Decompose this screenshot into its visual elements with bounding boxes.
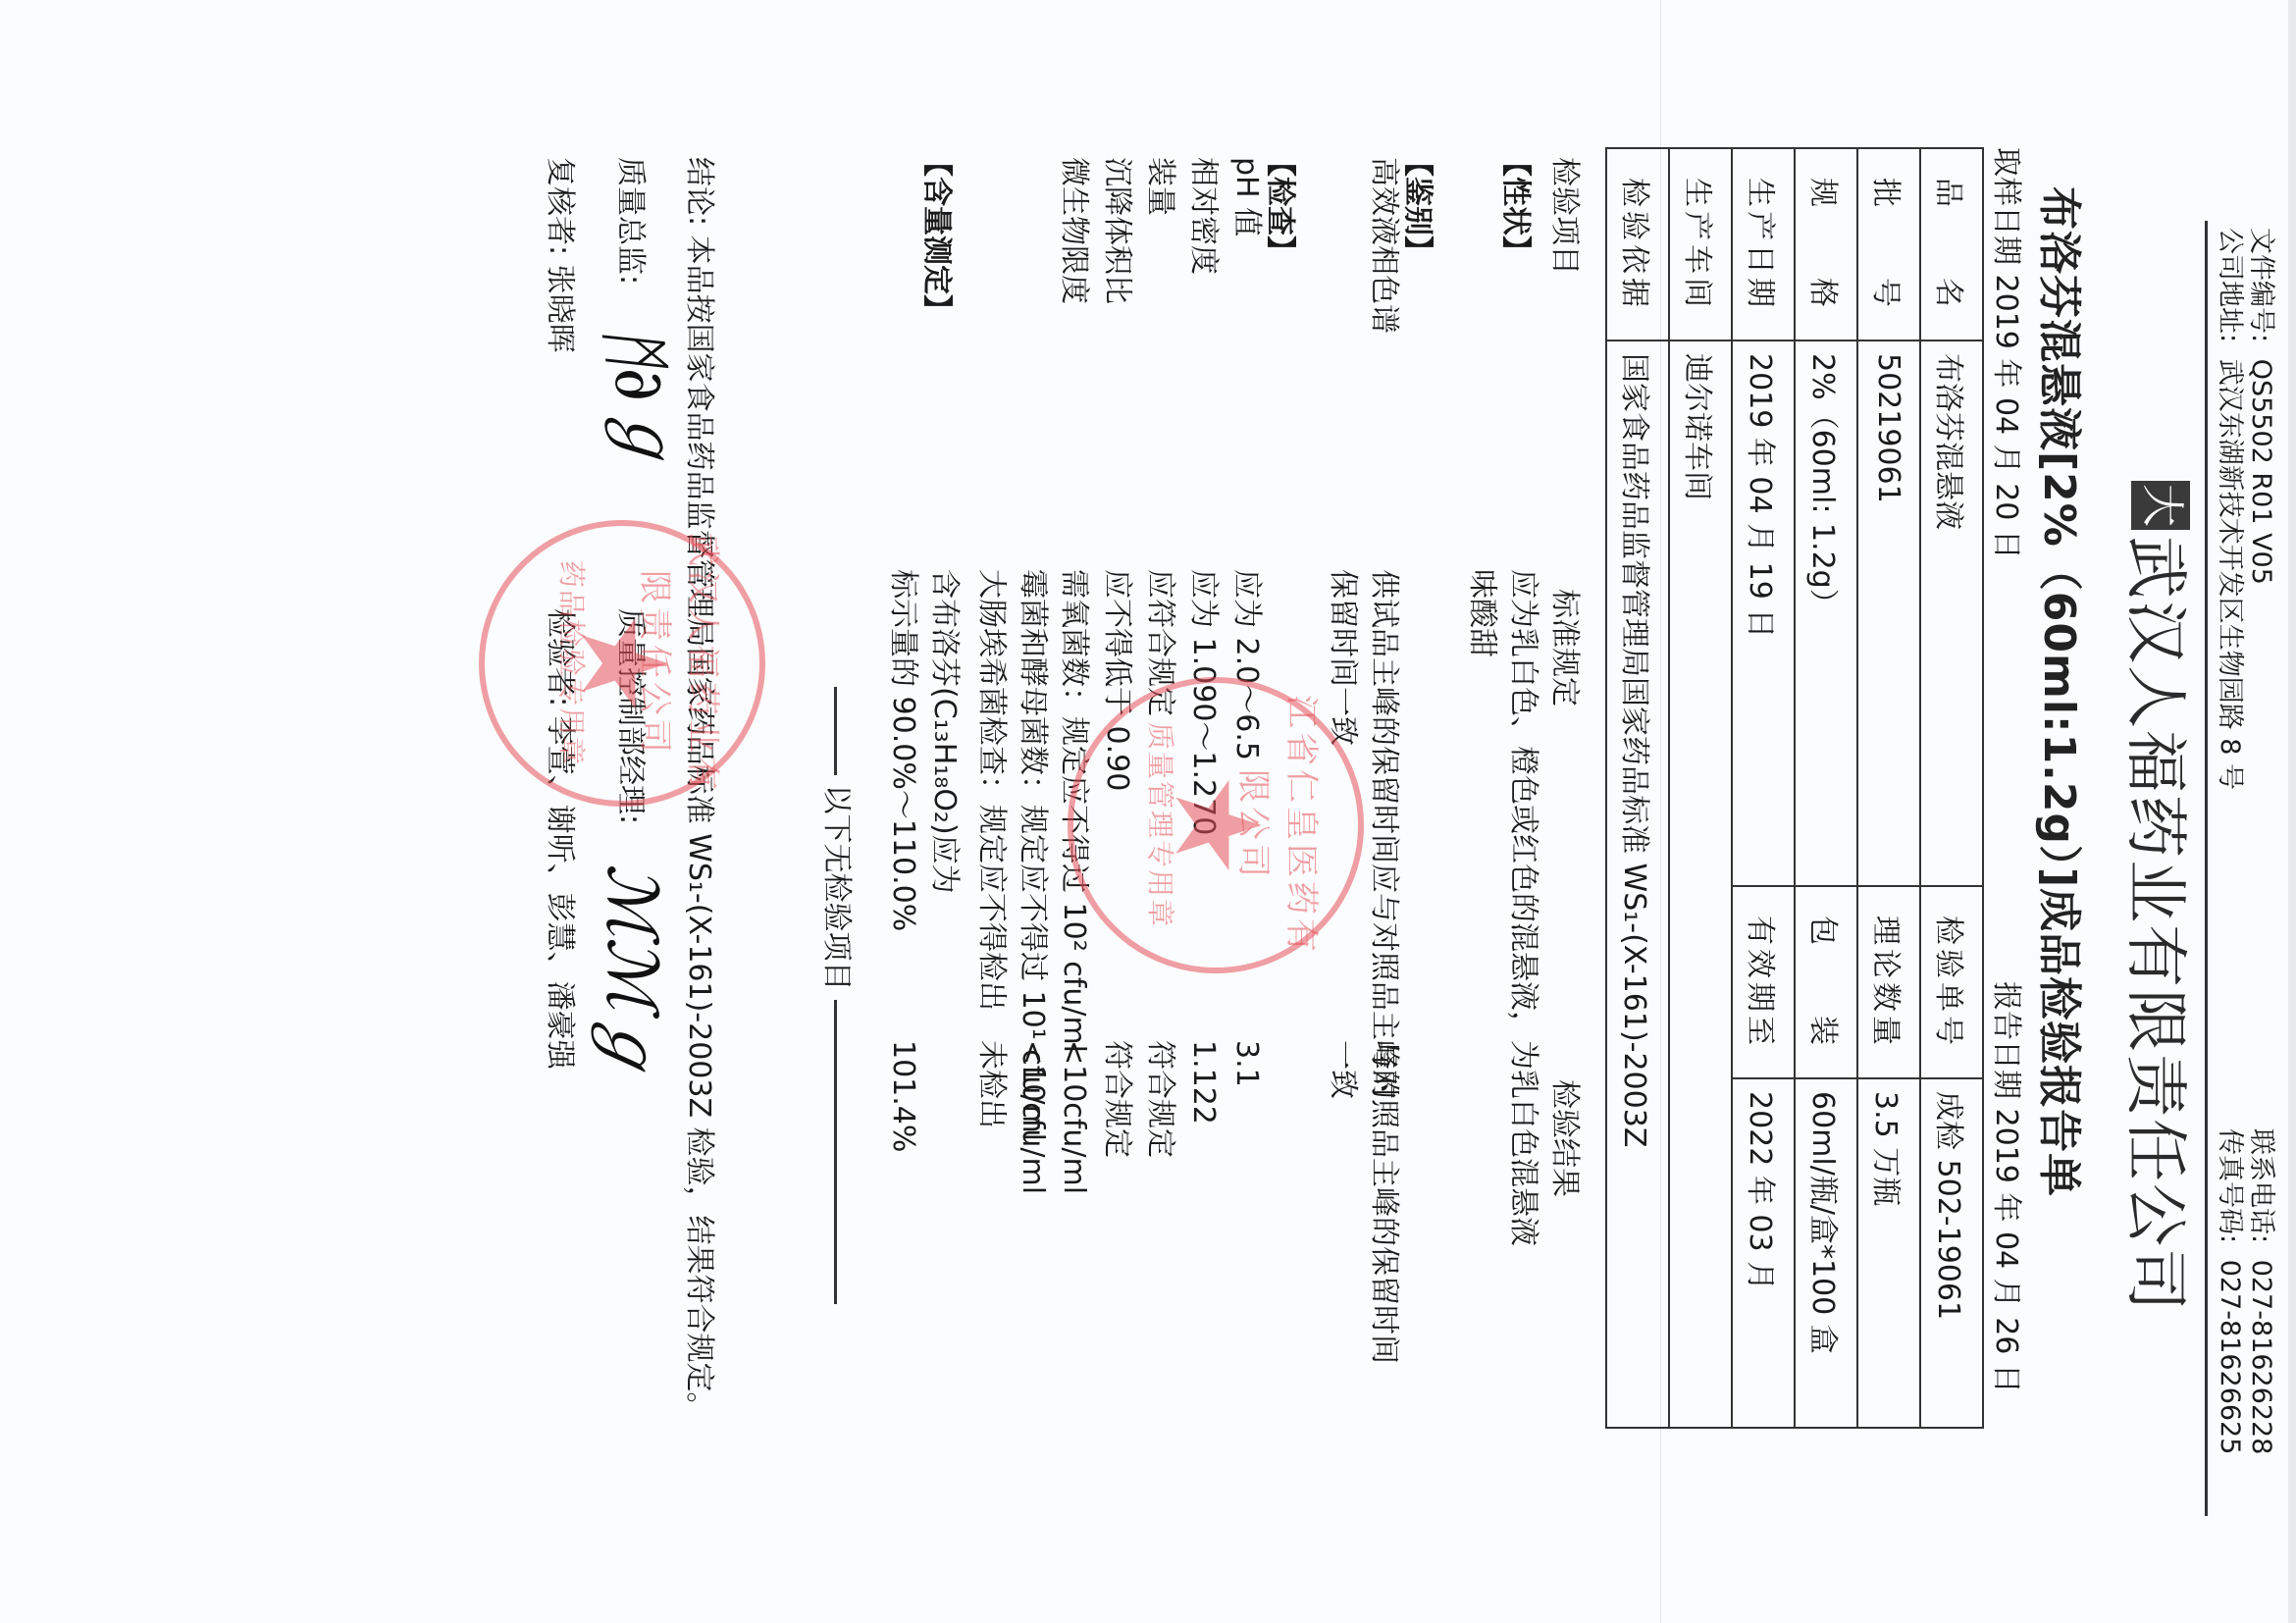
table-row: 规 格 2%（60ml: 1.2g） 包 装 60ml/瓶/盒*100 盒: [1795, 148, 1857, 1428]
col-head-result: 检验结果: [1546, 1079, 1590, 1197]
product-info-table: 品 名 布洛芬混悬液 检验单号 成检 502-19061 批 号 5021906…: [1605, 147, 1984, 1429]
table-row: 批 号 50219061 理论数量 3.5 万瓶: [1857, 148, 1920, 1428]
item-microbial-limit: 微生物限度: [1056, 157, 1091, 304]
end-note-text: 以下无检验项目: [819, 785, 854, 991]
sampling-date: 取样日期 2019 年 04 月 20 日: [1988, 147, 2031, 559]
result-mold-yeast: <10cfu/ml: [1015, 1040, 1050, 1194]
result-assay: 101.4%: [885, 1040, 920, 1152]
label-expiry: 有效期至: [1732, 886, 1795, 1078]
value-batch-no: 50219061: [1857, 340, 1920, 886]
item-fill-volume: 装量: [1142, 157, 1177, 216]
reviewer-name: 张晓晖: [543, 265, 577, 353]
report-title: 布洛芬混悬液[2%（60ml:1.2g）]成品检验报告单: [2032, 186, 2095, 1197]
end-note-rule-left: [834, 687, 837, 775]
standard-appearance-1: 应为乳白色、橙色或红色的混悬液，: [1505, 569, 1540, 1040]
result-relative-density: 1.122: [1185, 1040, 1221, 1125]
qc-manager-signature: ℳℳℊ: [588, 864, 687, 1079]
label-workshop: 生产车间: [1669, 148, 1732, 340]
table-row: 检验依据 国家食品药品监督管理局国家药品标准 WS₁-(X-161)-2003Z: [1606, 148, 1669, 1428]
label-spec: 规 格: [1795, 148, 1857, 340]
phone-value: 027-81626228: [2246, 1260, 2276, 1455]
result-hplc-1: 与对照品主峰的保留时间: [1366, 1040, 1401, 1364]
standard-assay-2: 标示量的 90.0%～110.0%: [885, 569, 920, 931]
value-theoretical-qty: 3.5 万瓶: [1857, 1078, 1920, 1428]
report-date-label: 报告日期: [1989, 981, 2023, 1099]
end-note: 以下无检验项目: [818, 687, 854, 1304]
label-packaging: 包 装: [1795, 886, 1857, 1078]
label-production-date: 生产日期: [1732, 148, 1795, 340]
value-expiry: 2022 年 03 月: [1732, 1078, 1795, 1428]
item-ph: pH 值: [1228, 157, 1264, 236]
label-batch-no: 批 号: [1857, 148, 1920, 340]
item-relative-density: 相对密度: [1185, 157, 1221, 275]
table-row: 品 名 布洛芬混悬液 检验单号 成检 502-19061: [1920, 148, 1983, 1428]
company-address: 公司地址: 武汉东湖新技术开发区生物园路 8 号: [2214, 228, 2245, 790]
value-basis: 国家食品药品监督管理局国家药品标准 WS₁-(X-161)-2003Z: [1606, 340, 1669, 1428]
section-tests: 【检查】: [1262, 147, 1305, 265]
conclusion-label: 结论:: [682, 157, 716, 226]
section-appearance: 【性状】: [1497, 147, 1540, 265]
col-head-standard: 标准规定: [1546, 589, 1590, 707]
person-logo-icon: 大: [2131, 481, 2190, 530]
company-header: 大 武汉人福药业有限责任公司: [2121, 481, 2200, 1313]
standard-appearance-2: 味酸甜: [1464, 569, 1499, 657]
report-date-value: 2019 年 04 月 26 日: [1989, 1109, 2023, 1393]
table-row: 生产车间 迪尔诺车间: [1669, 148, 1732, 1428]
sampling-date-label: 取样日期: [1989, 147, 2023, 265]
reviewer: 复核者: 张晓晖: [542, 157, 577, 353]
result-sedimentation: 符合规定: [1099, 1040, 1134, 1158]
stamp2-inner-text: 药品检验专用章: [553, 526, 593, 801]
result-aerobic: <10cfu/ml: [1056, 1040, 1091, 1194]
result-fill-volume: 符合规定: [1142, 1040, 1177, 1158]
address-value: 武汉东湖新技术开发区生物园路 8 号: [2215, 359, 2245, 790]
report-date: 报告日期 2019 年 04 月 26 日: [1988, 981, 2031, 1393]
company-name: 武汉人福药业有限责任公司: [2115, 536, 2206, 1313]
table-row: 生产日期 2019 年 04 月 19 日 有效期至 2022 年 03 月: [1732, 148, 1795, 1428]
value-workshop: 迪尔诺车间: [1669, 340, 1732, 1428]
label-theoretical-qty: 理论数量: [1857, 886, 1920, 1078]
section-identification: 【鉴别】: [1399, 147, 1442, 265]
fax-value: 027-81626625: [2215, 1260, 2245, 1455]
result-ph: 3.1: [1228, 1040, 1264, 1087]
phone-label: 联系电话:: [2246, 1128, 2276, 1243]
value-spec: 2%（60ml: 1.2g）: [1795, 340, 1857, 886]
doc-number-label: 文件编号:: [2246, 228, 2276, 342]
result-hplc-2: 一致: [1325, 1040, 1360, 1099]
reviewer-label: 复核者:: [543, 157, 577, 255]
standard-hplc-2: 保留时间一致: [1325, 569, 1360, 746]
qa-director-label: 质量总监:: [612, 157, 648, 285]
doc-number-value: QS5502 R01 V05: [2246, 359, 2276, 585]
doc-number: 文件编号: QS5502 R01 V05: [2245, 228, 2276, 585]
item-sedimentation: 沉降体积比: [1099, 157, 1134, 304]
value-product-name: 布洛芬混悬液: [1920, 340, 1983, 886]
contact-phone: 联系电话: 027-81626228: [2245, 1128, 2276, 1454]
label-inspection-no: 检验单号: [1920, 886, 1983, 1078]
fax-number: 传真号码: 027-81626625: [2214, 1128, 2245, 1454]
section-assay: 【含量测定】: [918, 147, 962, 324]
value-inspection-no: 成检 502-19061: [1920, 1078, 1983, 1428]
label-basis: 检验依据: [1606, 148, 1669, 340]
sampling-date-value: 2019 年 04 月 20 日: [1989, 275, 2023, 559]
result-appearance: 为乳白色混悬液: [1505, 1040, 1540, 1246]
fax-label: 传真号码:: [2215, 1128, 2245, 1243]
qa-director-signature: ᛗ∂ℊ: [588, 318, 706, 476]
quality-management-stamp: 江省仁皇医药有限公司 ★ 质量管理专用章: [1068, 677, 1364, 973]
standard-hplc-1: 供试品主峰的保留时间应与对照品主峰的: [1366, 569, 1401, 1099]
end-note-rule-right: [834, 1000, 837, 1304]
stamp1-inner-text: 质量管理专用章: [1142, 683, 1181, 968]
result-ecoli: 未检出: [973, 1040, 1009, 1128]
address-label: 公司地址:: [2215, 228, 2245, 342]
standard-assay-1: 含布洛芬(C₁₃H₁₈O₂)应为: [926, 569, 962, 894]
inspection-report-page: 文件编号: QS5502 R01 V05 公司地址: 武汉东湖新技术开发区生物园…: [0, 0, 2296, 1623]
standard-ecoli: 大肠埃希菌检查：规定应不得检出: [973, 569, 1009, 1011]
col-head-item: 检验项目: [1546, 157, 1590, 275]
item-hplc: 高效液相色谱: [1366, 157, 1401, 334]
label-product-name: 品 名: [1920, 148, 1983, 340]
value-production-date: 2019 年 04 月 19 日: [1732, 340, 1795, 886]
drug-inspection-stamp: 武汉人福药业有限责任公司 ★ 药品检验专用章: [479, 520, 765, 807]
value-packaging: 60ml/瓶/盒*100 盒: [1795, 1078, 1857, 1428]
